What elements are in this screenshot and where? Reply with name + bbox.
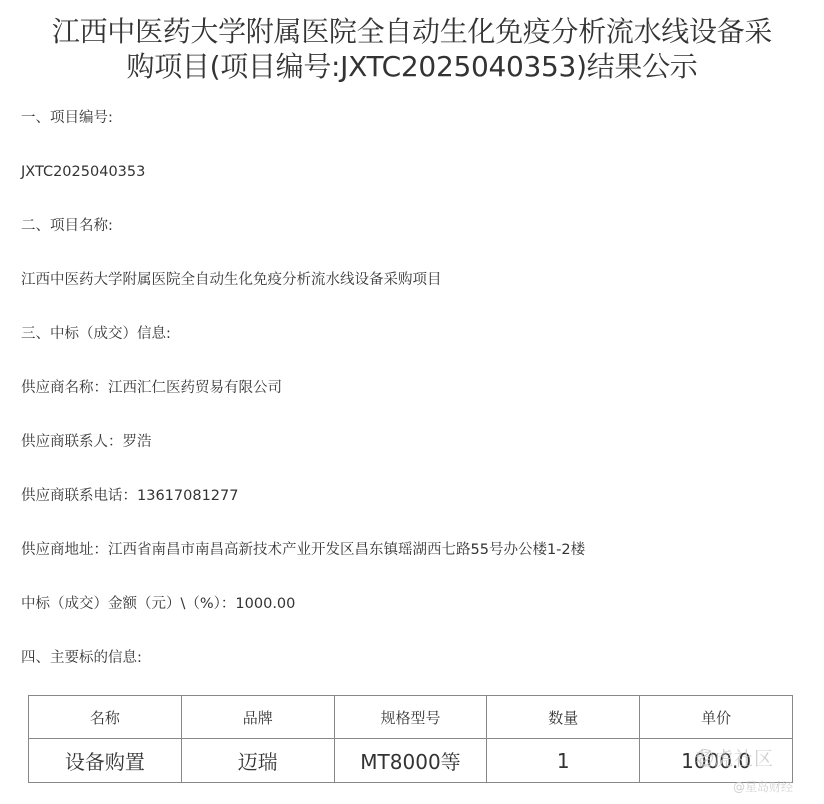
project-name-value: 江西中医药大学附属医院全自动生化免疫分析流水线设备采购项目 [21,270,442,290]
cell-model: MT8000等 [334,739,487,783]
column-header-model: 规格型号 [334,696,487,739]
supplier-address: 供应商地址：江西省南昌市南昌高新技术产业开发区昌东镇瑶湖西七路55号办公楼1-2… [21,540,585,560]
column-header-unit-price: 单价 [640,696,793,739]
title-line-1: 江西中医药大学附属医院全自动生化免疫分析流水线设备采 [0,14,824,49]
project-name-heading: 二、项目名称: [21,216,113,236]
supplier-contact: 供应商联系人：罗浩 [21,432,152,452]
project-number-value: JXTC2025040353 [21,162,145,182]
award-amount: 中标（成交）金额（元）\（%）：1000.00 [21,594,295,614]
award-info-heading: 三、中标（成交）信息: [21,324,171,344]
column-header-brand: 品牌 [181,696,334,739]
table-header-row: 名称 品牌 规格型号 数量 单价 [29,696,793,739]
cell-unit-price: 1000.0 [640,739,793,783]
column-header-name: 名称 [29,696,182,739]
supplier-phone: 供应商联系电话：13617081277 [21,486,238,506]
project-number-heading: 一、项目编号: [21,108,113,128]
cell-name: 设备购置 [29,739,182,783]
page-title: 江西中医药大学附属医院全自动生化免疫分析流水线设备采 购项目(项目编号:JXTC… [0,14,824,84]
main-items-heading: 四、主要标的信息: [21,648,142,668]
cell-brand: 迈瑞 [181,739,334,783]
title-line-2: 购项目(项目编号:JXTC2025040353)结果公示 [0,49,824,84]
cell-quantity: 1 [487,739,640,783]
main-items-table: 名称 品牌 规格型号 数量 单价 设备购置 迈瑞 MT8000等 1 1000.… [28,695,793,783]
column-header-quantity: 数量 [487,696,640,739]
table-row: 设备购置 迈瑞 MT8000等 1 1000.0 [29,739,793,783]
supplier-name: 供应商名称：江西汇仁医药贸易有限公司 [21,378,282,398]
